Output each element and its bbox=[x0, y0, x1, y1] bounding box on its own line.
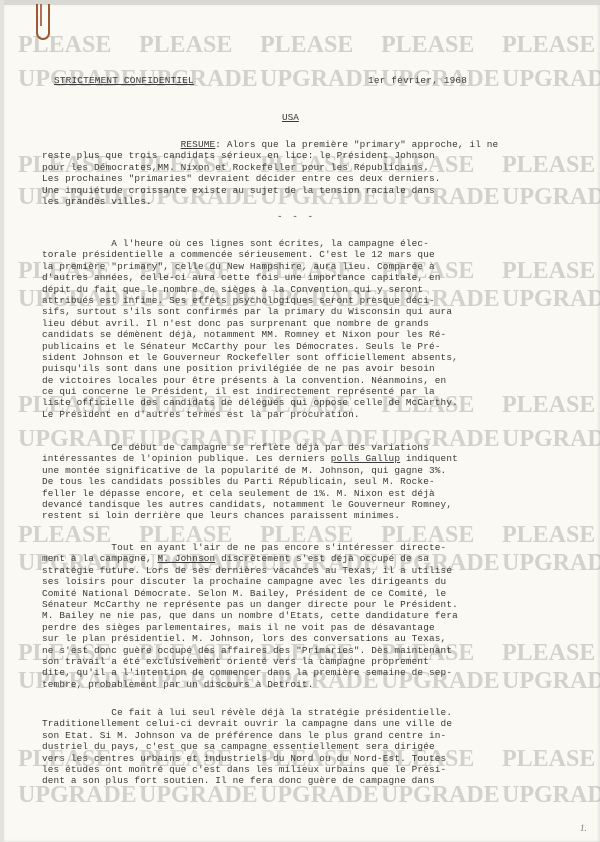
text-line: Une inquiétude croissante existe au suje… bbox=[42, 185, 582, 196]
text-line: pour les Démocrates,MM. Nixon et Rockefe… bbox=[42, 162, 582, 173]
document-date: 1er février, 1968 bbox=[368, 75, 467, 86]
text-line: ment à la campagne, M. Johnson discrètem… bbox=[42, 553, 582, 564]
text-line: candidats se démènent déjà, notamment MM… bbox=[42, 329, 582, 340]
text-line: sur le plan présidentiel. M. Johnson, lo… bbox=[42, 633, 582, 644]
text-line: de victoires locales pour être présents … bbox=[42, 375, 582, 386]
text-line: Traditionellement celui-ci devrait ouvri… bbox=[42, 718, 582, 729]
text-line: devancé tandisque les autres candidats, … bbox=[42, 499, 582, 510]
text-line: stratégie future. Lors de ses dernières … bbox=[42, 565, 582, 576]
text-line: son Etat. Si M. Johnson va de préférence… bbox=[42, 730, 582, 741]
text-line: Tout en ayant l'air de ne pas encore s'i… bbox=[42, 542, 582, 553]
text-line: feller le dépasse encore, et cela seulem… bbox=[42, 488, 582, 499]
text-line: De tous les candidats possibles du Parti… bbox=[42, 476, 582, 487]
text-line: restent si loin derrière que leurs chanc… bbox=[42, 510, 582, 521]
text-line: dite, qu'il a l'intention de commencer d… bbox=[42, 667, 582, 678]
text-line: publicains et le Sénateur McCarthy pour … bbox=[42, 341, 582, 352]
body-paragraph: Tout en ayant l'air de ne pas encore s'i… bbox=[42, 542, 582, 690]
text-line: M. Bailey ne nie pas, que dans un nombre… bbox=[42, 610, 582, 621]
summary-paragraph: RESUME: Alors que la première "primary" … bbox=[42, 139, 582, 207]
text-line: Les prochaines "primaries" devraient déc… bbox=[42, 173, 582, 184]
text-line: ce qui concerne le Président, il est ind… bbox=[42, 386, 582, 397]
text-line: intéressantes de l'opinion publique. Les… bbox=[42, 453, 582, 464]
text-line: Le Président en d'autres termes est là p… bbox=[42, 409, 582, 420]
text-line: reste plus que trois candidats sérieux e… bbox=[42, 150, 582, 161]
body-paragraph: A l'heure où ces lignes sont écrites, la… bbox=[42, 238, 582, 420]
text-line: dépit du fait que le nombre de sièges à … bbox=[42, 284, 582, 295]
underlined-phrase: polls Gallup bbox=[331, 453, 400, 464]
document-title: USA bbox=[282, 112, 299, 123]
text-line: RESUME: Alors que la première "primary" … bbox=[42, 139, 582, 150]
text-fragment: ment à la campagne, bbox=[42, 553, 158, 564]
body-paragraph: Ce début de campagne se reflète déjà par… bbox=[42, 442, 582, 522]
text-line: Ce fait à lui seul révèle déjà la straté… bbox=[42, 707, 582, 718]
underlined-phrase: M. Johnson bbox=[158, 553, 216, 564]
text-line: sifs, surtout s'ils sont confirmés par l… bbox=[42, 306, 582, 317]
text-line: perdre des sièges parlementaires, mais i… bbox=[42, 622, 582, 633]
body-paragraph: Ce fait à lui seul révèle déjà la straté… bbox=[42, 707, 582, 787]
text-line: dustriel du pays, c'est que sa campagne … bbox=[42, 741, 582, 752]
document-body: STRICTEMENT CONFIDENTIEL 1er février, 19… bbox=[0, 0, 600, 842]
text-line: une montée significative de la popularit… bbox=[42, 465, 582, 476]
text-line: torale présidentielle a commencée sérieu… bbox=[42, 249, 582, 260]
text-line: les grandes villes. bbox=[42, 196, 582, 207]
text-line: vers les centres urbains et industriels … bbox=[42, 753, 582, 764]
text-fragment: intéressantes de l'opinion publique. Les… bbox=[42, 453, 331, 464]
text-line: dent a son plus fort soutien. Il ne fera… bbox=[42, 775, 582, 786]
text-line: ses loisirs pour discuter la prochaine c… bbox=[42, 576, 582, 587]
text-line: tembre, probablement par un discours à D… bbox=[42, 679, 582, 690]
text-line: Comité National Démocrate. Selon M. Bail… bbox=[42, 588, 582, 599]
text-line: liste officielle des candidats de délégu… bbox=[42, 397, 582, 408]
text-line: la première "primary", celle du New Hamp… bbox=[42, 261, 582, 272]
text-fragment: : Alors que la première "primary" approc… bbox=[215, 139, 498, 150]
text-line: attribués est infime. Ses effets psychol… bbox=[42, 295, 582, 306]
document-page: PLEASEPLEASEPLEASEPLEASEPLEASE UPGRADEUP… bbox=[0, 0, 600, 842]
text-fragment: indiquent bbox=[400, 453, 458, 464]
text-line: ne s'est donc guère occupé des affaires … bbox=[42, 645, 582, 656]
summary-label: RESUME bbox=[181, 139, 216, 150]
text-line: les études ont montré que c'est dans les… bbox=[42, 764, 582, 775]
text-line: sident Johnson et le Gouverneur Rockefel… bbox=[42, 352, 582, 363]
text-line: A l'heure où ces lignes sont écrites, la… bbox=[42, 238, 582, 249]
text-line: puisqu'ils sont dans une position privil… bbox=[42, 363, 582, 374]
text-line: son travail a été exclusivement orienté … bbox=[42, 656, 582, 667]
classification-label: STRICTEMENT CONFIDENTIEL bbox=[54, 75, 194, 86]
page-number: 1. bbox=[580, 823, 587, 833]
section-separator: - - - bbox=[277, 211, 315, 222]
text-line: Ce début de campagne se reflète déjà par… bbox=[42, 442, 582, 453]
text-fragment: discrètement s'est déjà occupé de sa bbox=[215, 553, 429, 564]
text-line: lieu début avril. Il n'est donc pas surp… bbox=[42, 318, 582, 329]
text-line: d'autres années, celle-ci aura cette foi… bbox=[42, 272, 582, 283]
text-line: Sénateur McCarthy ne représente pas un d… bbox=[42, 599, 582, 610]
